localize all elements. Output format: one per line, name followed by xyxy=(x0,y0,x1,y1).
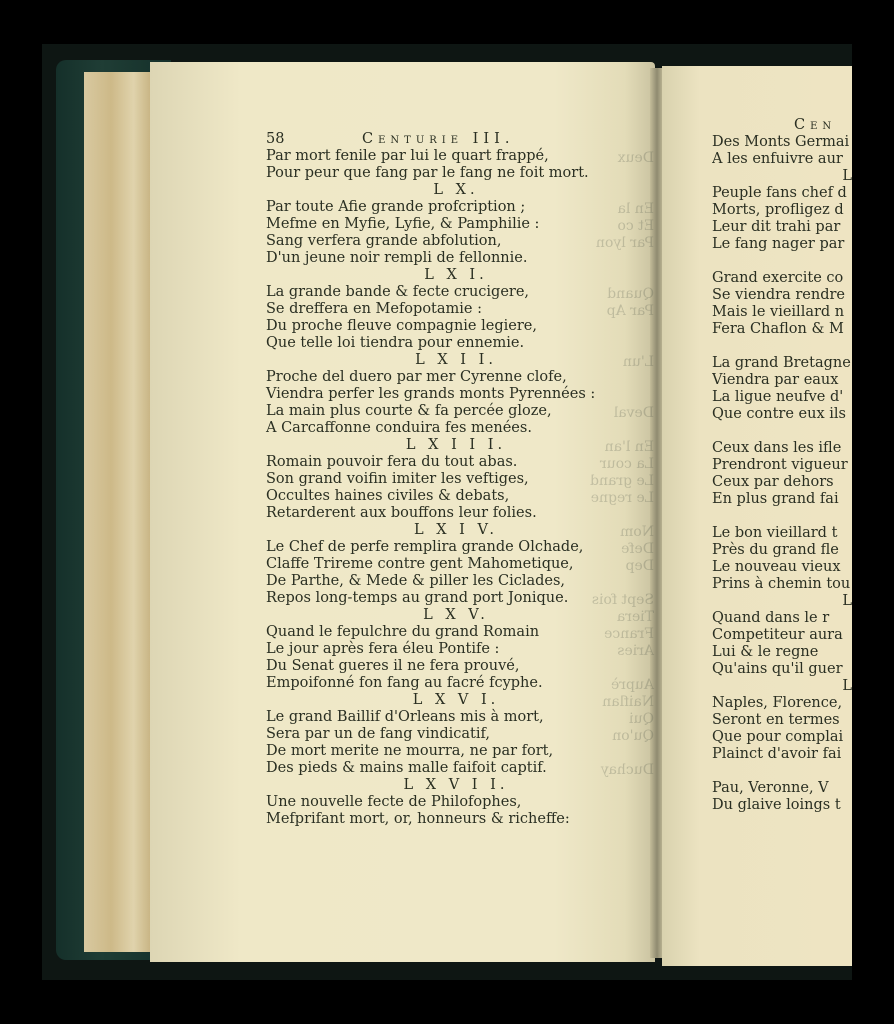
verse-line: Sang verfera grande abfolution, xyxy=(266,233,646,250)
verse-line: Le grand Baillif d'Orleans mis à mort, xyxy=(266,709,646,726)
quatrain: L X V. Quand le fepulchre du grand Romai… xyxy=(266,607,646,692)
verse-line: A les enfuivre aur xyxy=(712,151,852,168)
page-number: 58 xyxy=(266,131,284,148)
verse-line: Se dreffera en Mefopotamie : xyxy=(266,301,646,318)
verse-line: A Carcaffonne conduira fes menées. xyxy=(266,420,646,437)
verse-line: Peuple fans chef d xyxy=(712,185,852,202)
verse-line: Le jour après fera éleu Pontife : xyxy=(266,641,646,658)
verse-line: Repos long-temps au grand port Jonique. xyxy=(266,590,646,607)
verse-line: Le fang nager par xyxy=(712,236,852,253)
verse-line: En plus grand fai xyxy=(712,491,852,508)
quatrain: L X I V. Le Chef de perfe remplira grand… xyxy=(266,522,646,607)
page-header: 58 Centurie III. xyxy=(266,131,646,148)
verse-line: Viendra par eaux xyxy=(712,372,852,389)
quatrain-number: L X V I. xyxy=(266,692,646,709)
quatrain-number: L X. xyxy=(266,182,646,199)
running-head: Cen xyxy=(794,117,836,134)
verse-line: Quand dans le r xyxy=(712,610,852,627)
verse-line: Sera par un de fang vindicatif, xyxy=(266,726,646,743)
verse-line: De Parthe, & Mede & piller les Ciclades, xyxy=(266,573,646,590)
verse-line: Seront en termes xyxy=(712,712,852,729)
verse-line: Le nouveau vieux xyxy=(712,559,852,576)
verse-gap xyxy=(712,423,852,440)
verse-line: Près du grand fle xyxy=(712,542,852,559)
verse-line: Retarderent aux bouffons leur folies. xyxy=(266,505,646,522)
verse-gap xyxy=(712,338,852,355)
quatrain-number: L xyxy=(712,678,852,695)
quatrain-number: L X I. xyxy=(266,267,646,284)
verse-line: De mort merite ne mourra, ne par fort, xyxy=(266,743,646,760)
left-page-text: 58 Centurie III. Par mort fenile par lui… xyxy=(266,131,646,828)
verse-line: Romain pouvoir fera du tout abas. xyxy=(266,454,646,471)
verse-gap xyxy=(712,253,852,270)
verse-line: D'un jeune noir rempli de fellonnie. xyxy=(266,250,646,267)
verse-line: Le Chef de perfe remplira grande Olchade… xyxy=(266,539,646,556)
verse-line: La grande bande & fecte crucigere, xyxy=(266,284,646,301)
verse-line: Une nouvelle fecte de Philofophes, xyxy=(266,794,646,811)
verse-line: Ceux par dehors xyxy=(712,474,852,491)
verse-line: La ligue neufve d' xyxy=(712,389,852,406)
verse-line: Morts, profligez d xyxy=(712,202,852,219)
verse-line: Quand le fepulchre du grand Romain xyxy=(266,624,646,641)
verse-line: La main plus courte & fa percée gloze, xyxy=(266,403,646,420)
verse-line: La grand Bretagne xyxy=(712,355,852,372)
verse-line: Que contre eux ils xyxy=(712,406,852,423)
quatrain-number: L xyxy=(712,168,852,185)
running-head: Centurie III. xyxy=(362,131,514,148)
verse-line: Mais le vieillard n xyxy=(712,304,852,321)
quatrain: L X I I I. Romain pouvoir fera du tout a… xyxy=(266,437,646,522)
verse-line: Prendront vigueur xyxy=(712,457,852,474)
quatrain: L X V I. Le grand Baillif d'Orleans mis … xyxy=(266,692,646,777)
verse-line: Du glaive loings t xyxy=(712,797,852,814)
verse-line: Que pour complai xyxy=(712,729,852,746)
verse-line: Prins à chemin tou xyxy=(712,576,852,593)
verse-line: Empoifonné fon fang au facré fcyphe. xyxy=(266,675,646,692)
verse-line: Pau, Veronne, V xyxy=(712,780,852,797)
verse-gap xyxy=(712,763,852,780)
verse-line: Viendra perfer les grands monts Pyrennée… xyxy=(266,386,646,403)
verse-line: Pour peur que fang par le fang ne foit m… xyxy=(266,165,646,182)
verse-line: Des pieds & mains malle faifoit captif. xyxy=(266,760,646,777)
verse-line: Son grand voifin imiter les veftiges, xyxy=(266,471,646,488)
quatrain-number: L xyxy=(712,593,852,610)
verse-line: Proche del duero par mer Cyrenne clofe, xyxy=(266,369,646,386)
verse-line: Competiteur aura xyxy=(712,627,852,644)
verse-line: Qu'ains qu'il guer xyxy=(712,661,852,678)
verse-line: Naples, Florence, xyxy=(712,695,852,712)
verse-line: Mefme en Myfie, Lyfie, & Pamphilie : xyxy=(266,216,646,233)
verse-line: Que telle loi tiendra pour ennemie. xyxy=(266,335,646,352)
verse-line: Mefprifant mort, or, honneurs & richeffe… xyxy=(266,811,646,828)
verse-line: Par mort fenile par lui le quart frappé, xyxy=(266,148,646,165)
verse-line: Occultes haines civiles & debats, xyxy=(266,488,646,505)
verse-line: Des Monts Germai xyxy=(712,134,852,151)
quatrain: L X. Par toute Afie grande profcription … xyxy=(266,182,646,267)
verse-line: Fera Chaflon & M xyxy=(712,321,852,338)
verse-line: Du proche fleuve compagnie legiere, xyxy=(266,318,646,335)
right-page-text: Cen Des Monts Germai A les enfuivre aur … xyxy=(712,117,852,814)
quatrain-number: L X I I I. xyxy=(266,437,646,454)
quatrain-number: L X I V. xyxy=(266,522,646,539)
verse-line: Plainct d'avoir fai xyxy=(712,746,852,763)
verse-line: Le bon vieillard t xyxy=(712,525,852,542)
verse-line: Leur dit trahi par xyxy=(712,219,852,236)
verse-gap xyxy=(712,508,852,525)
quatrain: L X I I. Proche del duero par mer Cyrenn… xyxy=(266,352,646,437)
verse-line: Grand exercite co xyxy=(712,270,852,287)
quatrain-number: L X I I. xyxy=(266,352,646,369)
quatrain: L X V I I. Une nouvelle fecte de Philofo… xyxy=(266,777,646,828)
quatrain-number: L X V. xyxy=(266,607,646,624)
verse-line: Lui & le regne xyxy=(712,644,852,661)
verse-line: Du Senat gueres il ne fera prouvé, xyxy=(266,658,646,675)
verse-line: Claffe Trireme contre gent Mahometique, xyxy=(266,556,646,573)
verse-line: Par toute Afie grande profcription ; xyxy=(266,199,646,216)
quatrain: L X I. La grande bande & fecte crucigere… xyxy=(266,267,646,352)
quatrain-number: L X V I I. xyxy=(266,777,646,794)
page-header: Cen xyxy=(712,117,852,134)
verse-line: Ceux dans les ifle xyxy=(712,440,852,457)
verse-line: Se viendra rendre xyxy=(712,287,852,304)
